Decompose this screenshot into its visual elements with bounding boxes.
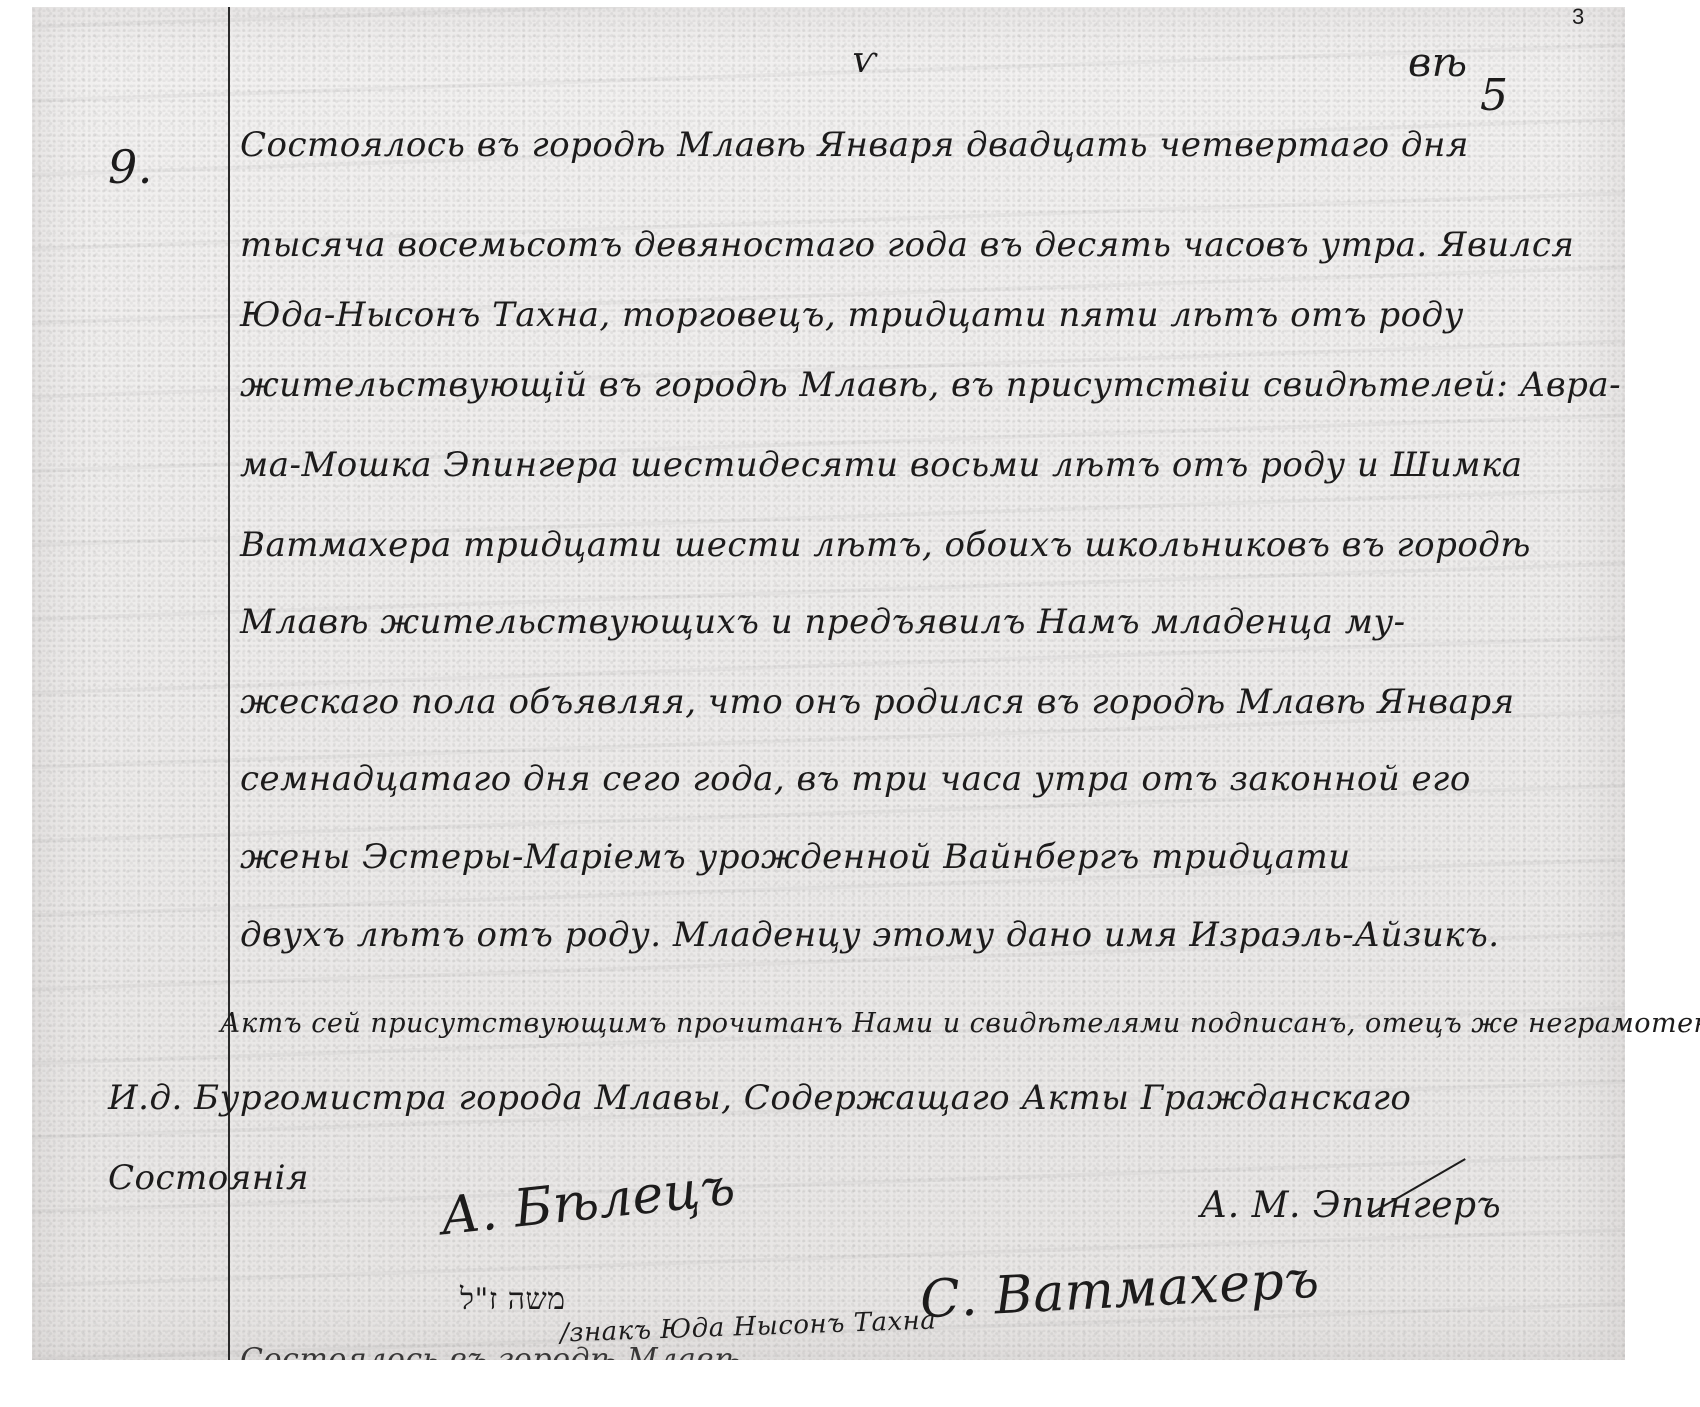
witness-signature-1: А. М. Эпингеръ bbox=[1200, 1185, 1501, 1226]
record-line: двухъ лѣтъ отъ роду. Младенцу этому дано… bbox=[240, 918, 1500, 952]
closing-line: Актъ сей присутствующимъ прочитанъ Нами … bbox=[220, 1008, 1700, 1039]
record-line: Млавѣ жительствующихъ и предъявилъ Намъ … bbox=[240, 605, 1406, 639]
record-line: жены Эстеры-Маріемъ урожденной Вайнбергъ… bbox=[240, 840, 1351, 874]
record-line: семнадцатаго дня сего года, въ три часа … bbox=[240, 762, 1471, 796]
official-title-line: И.д. Бургомистра города Млавы, Содержаща… bbox=[108, 1078, 1411, 1118]
hebrew-signature: משה ז"ל bbox=[460, 1282, 566, 1317]
top-annotation: вѣ bbox=[1408, 40, 1468, 86]
record-line: Юда-Нысонъ Тахна, торговецъ, тридцати пя… bbox=[240, 298, 1464, 332]
record-line: тысяча восемьсотъ девяностаго года въ де… bbox=[240, 228, 1574, 262]
record-line: жительствующій въ городѣ Млавѣ, въ прису… bbox=[240, 368, 1621, 402]
page-number: 3 bbox=[1572, 4, 1585, 30]
record-line: Состоялось въ городѣ Млавѣ Января двадца… bbox=[240, 128, 1469, 162]
official-title-line: Состоянія bbox=[108, 1158, 309, 1198]
record-line: ма-Мошка Эпингера шестидесяти восьми лѣт… bbox=[240, 448, 1523, 482]
record-line: жескаго пола объявляя, что онъ родился в… bbox=[240, 685, 1515, 719]
next-record-fragment: Состоялось въ городѣ Млавѣ bbox=[240, 1342, 741, 1360]
top-mark: ѵ bbox=[852, 40, 877, 81]
record-line: Ватмахера тридцати шести лѣтъ, обоихъ шк… bbox=[240, 528, 1531, 562]
top-annotation-digit: 5 bbox=[1480, 70, 1509, 121]
record-number: 9. bbox=[108, 140, 153, 194]
